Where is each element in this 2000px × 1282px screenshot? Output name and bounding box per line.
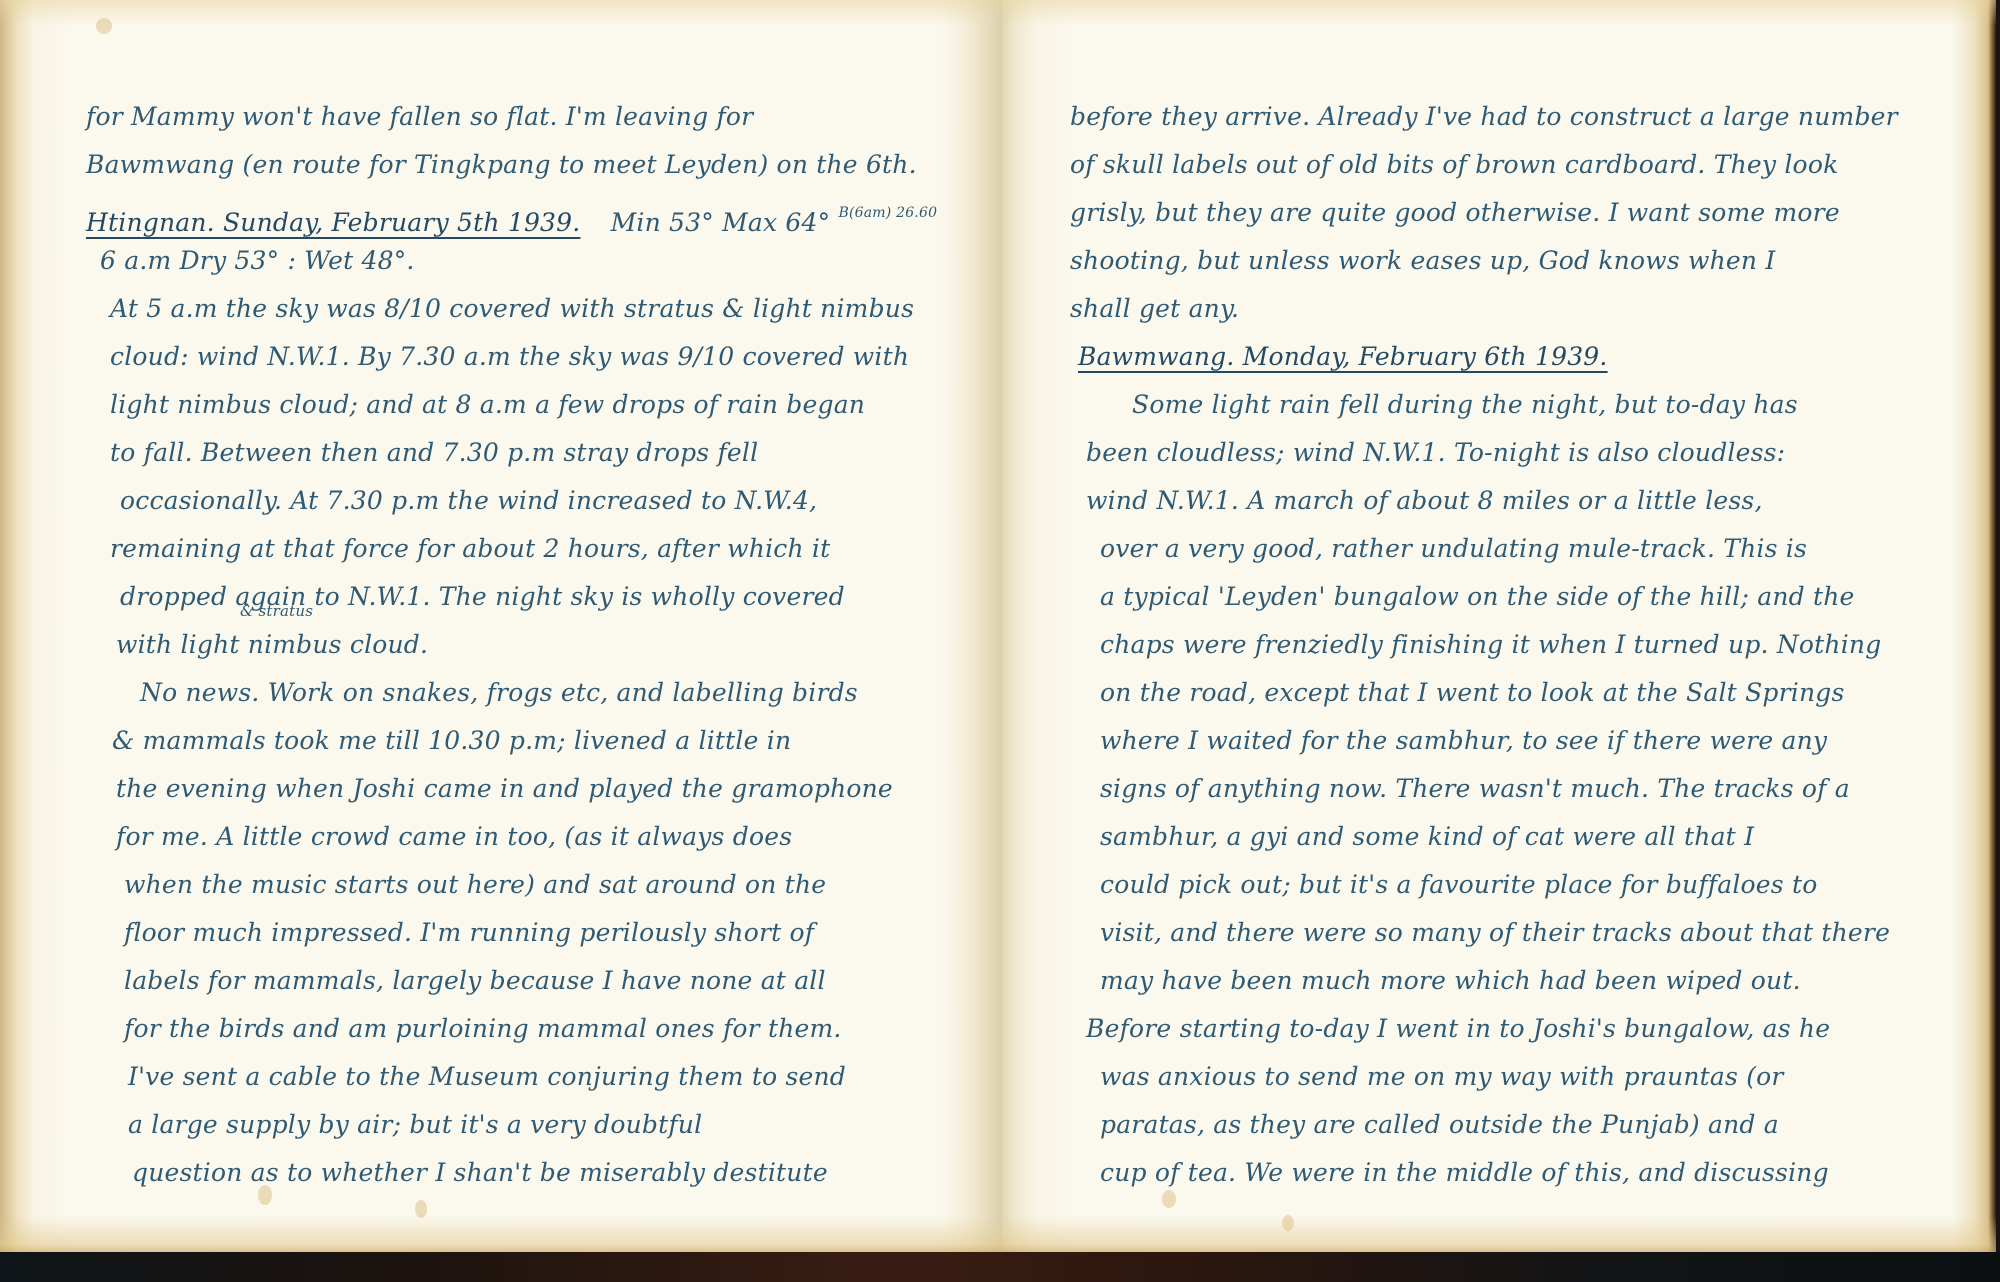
text-line: for Mammy won't have fallen so flat. I'm… bbox=[86, 93, 753, 141]
foxing-spot bbox=[96, 18, 112, 34]
text-line: sambhur, a gyi and some kind of cat were… bbox=[1100, 813, 1754, 861]
text-line: was anxious to send me on my way with pr… bbox=[1100, 1053, 1784, 1101]
text-line: over a very good, rather undulating mule… bbox=[1100, 525, 1807, 573]
text-line: a large supply by air; but it's a very d… bbox=[128, 1101, 702, 1149]
entry-heading: Bawmwang. Monday, February 6th 1939. bbox=[1078, 333, 1608, 381]
text-line: could pick out; but it's a favourite pla… bbox=[1100, 861, 1817, 909]
text-line: the evening when Joshi came in and playe… bbox=[116, 765, 893, 813]
interlinear-insertion: & stratus bbox=[240, 601, 313, 621]
text-line: occasionally. At 7.30 p.m the wind incre… bbox=[120, 477, 817, 525]
text-line: been cloudless; wind N.W.1. To-night is … bbox=[1086, 429, 1785, 477]
text-line: No news. Work on snakes, frogs etc, and … bbox=[140, 669, 858, 717]
text-line: Some light rain fell during the night, b… bbox=[1132, 381, 1798, 429]
text-line: with light nimbus cloud. bbox=[116, 621, 428, 669]
background-surface bbox=[0, 1252, 2000, 1282]
text-line: cup of tea. We were in the middle of thi… bbox=[1100, 1149, 1829, 1197]
text-line: floor much impressed. I'm running perilo… bbox=[124, 909, 814, 957]
text-line: remaining at that force for about 2 hour… bbox=[110, 525, 830, 573]
text-line: I've sent a cable to the Museum conjurin… bbox=[128, 1053, 846, 1101]
notebook-spread: for Mammy won't have fallen so flat. I'm… bbox=[0, 0, 2000, 1256]
text-line: paratas, as they are called outside the … bbox=[1100, 1101, 1779, 1149]
text-line: on the road, except that I went to look … bbox=[1100, 669, 1845, 717]
entry-heading: Htingnan. Sunday, February 5th 1939. bbox=[86, 208, 580, 237]
text-line: wind N.W.1. A march of about 8 miles or … bbox=[1086, 477, 1763, 525]
text-line: cloud: wind N.W.1. By 7.30 a.m the sky w… bbox=[110, 333, 909, 381]
page-stain-bottom bbox=[0, 1216, 1002, 1256]
text-line: question as to whether I shan't be miser… bbox=[132, 1149, 828, 1197]
text-line: shall get any. bbox=[1070, 285, 1239, 333]
left-page: for Mammy won't have fallen so flat. I'm… bbox=[0, 0, 1002, 1259]
text-line: dropped again to N.W.1. The night sky is… bbox=[120, 573, 845, 621]
right-page: before they arrive. Already I've had to … bbox=[1002, 0, 1996, 1259]
text-line: Bawmwang (en route for Tingkpang to meet… bbox=[86, 141, 917, 189]
page-stain-bottom bbox=[1002, 1216, 1996, 1256]
text-line: chaps were frenziedly finishing it when … bbox=[1100, 621, 1881, 669]
text-line: & mammals took me till 10.30 p.m; livene… bbox=[112, 717, 791, 765]
text-line: 6 a.m Dry 53° : Wet 48°. bbox=[100, 237, 415, 285]
text-line: of skull labels out of old bits of brown… bbox=[1070, 141, 1838, 189]
text-line: when the music starts out here) and sat … bbox=[124, 861, 826, 909]
text-line: may have been much more which had been w… bbox=[1100, 957, 1801, 1005]
text-line: a typical 'Leyden' bungalow on the side … bbox=[1100, 573, 1855, 621]
text-line: for me. A little crowd came in too, (as … bbox=[116, 813, 792, 861]
barometer-reading: B(6am) 26.60 bbox=[839, 205, 938, 221]
text-line: shooting, but unless work eases up, God … bbox=[1070, 237, 1775, 285]
min-max-temperature: Min 53° Max 64° bbox=[611, 208, 831, 237]
entry-heading-row: Htingnan. Sunday, February 5th 1939. Min… bbox=[86, 189, 937, 237]
text-line: light nimbus cloud; and at 8 a.m a few d… bbox=[110, 381, 865, 429]
text-line: where I waited for the sambhur, to see i… bbox=[1100, 717, 1827, 765]
text-line: before they arrive. Already I've had to … bbox=[1070, 93, 1898, 141]
text-line: for the birds and am purloining mammal o… bbox=[124, 1005, 842, 1053]
text-line: Before starting to-day I went in to Josh… bbox=[1086, 1005, 1830, 1053]
text-line: to fall. Between then and 7.30 p.m stray… bbox=[110, 429, 758, 477]
text-line: labels for mammals, largely because I ha… bbox=[124, 957, 826, 1005]
text-line: grisly, but they are quite good otherwis… bbox=[1070, 189, 1840, 237]
text-line: At 5 a.m the sky was 8/10 covered with s… bbox=[110, 285, 914, 333]
text-line: visit, and there were so many of their t… bbox=[1100, 909, 1890, 957]
text-line: signs of anything now. There wasn't much… bbox=[1100, 765, 1850, 813]
